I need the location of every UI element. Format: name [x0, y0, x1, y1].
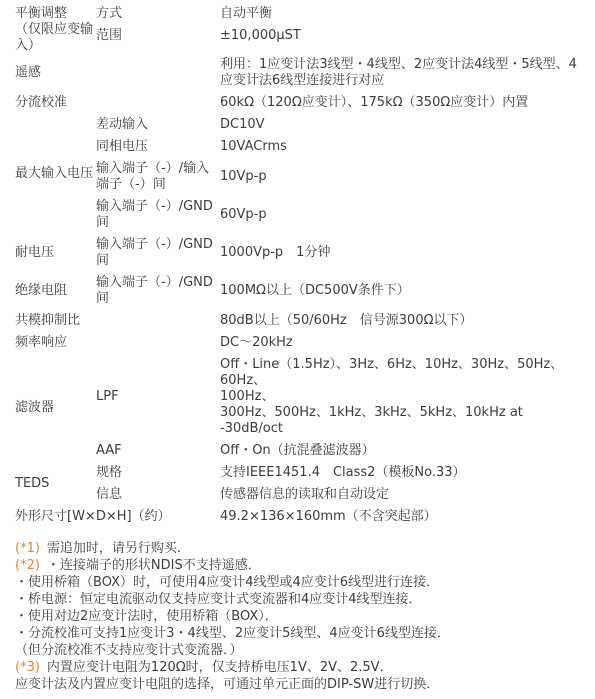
spec-subrow: LPF Off・Line（1.5Hz）、3Hz、6Hz、10Hz、30Hz、50…: [96, 354, 587, 440]
sub-label: 信息: [96, 487, 220, 503]
sub-label: 同相电压: [96, 139, 220, 155]
spec-subrow: 同相电压 10VACrms: [96, 136, 587, 158]
footnote-text: ・连接端子的形状NDIS不支持遥感．: [47, 558, 261, 573]
subrows: 80dB以上（50/60Hz 信号源300Ω以下）: [96, 310, 587, 332]
footnote-text: ・使用对边2应变计法时，使用桥箱（BOX）．: [15, 609, 278, 624]
row-value: 自动平衡: [220, 6, 587, 22]
spec-row-shunt-calibration: 分流校准 60kΩ（120Ω应变计）、175kΩ（350Ω应变计）内置: [15, 92, 587, 114]
row-value: 60kΩ（120Ω应变计）、175kΩ（350Ω应变计）内置: [220, 95, 587, 111]
row-label: 平衡调整 （仅限应变输入）: [15, 3, 96, 54]
spec-row-insulation-resistance: 绝缘电阻 输入端子（-）/GND间 100MΩ以上（DC500V条件下）: [15, 272, 587, 310]
sub-label: 范围: [96, 28, 220, 44]
subrows: DC～20kHz: [96, 332, 587, 354]
row-label: TEDS: [15, 476, 96, 492]
row-value: Off・On（抗混叠滤波器）: [220, 443, 587, 459]
row-label: 分流校准: [15, 95, 96, 111]
footnote-line: 应变计法及内置应变计电阻的选择，可通过单元正面的DIP-SW进行切换．: [15, 676, 587, 693]
footnote-marker: (*1): [15, 541, 40, 556]
sub-label: AAF: [96, 443, 220, 459]
sub-label: 输入端子（-）/GND间: [96, 275, 220, 307]
subrows: 60kΩ（120Ω应变计）、175kΩ（350Ω应变计）内置: [96, 92, 587, 114]
subrows: 利用：1应变计法3线型・4线型、2应变计法4线型・5线型、4应变计法6线型连接进…: [96, 54, 587, 92]
row-label: 滤波器: [15, 400, 96, 416]
footnote-text: 应变计法及内置应变计电阻的选择，可通过单元正面的DIP-SW进行切换．: [15, 677, 439, 692]
subrows: 输入端子（-）/GND间 100MΩ以上（DC500V条件下）: [96, 272, 587, 310]
row-value: 10VACrms: [220, 139, 587, 155]
footnote-text: 需追加时，请另行购买．: [47, 541, 190, 556]
subrows: LPF Off・Line（1.5Hz）、3Hz、6Hz、10Hz、30Hz、50…: [96, 354, 587, 462]
row-label: 外形尺寸[W×D×H]（约）: [15, 509, 220, 525]
spec-subrow: 输入端子（-）/GND间 1000Vp-p 1分钟: [96, 234, 587, 272]
sub-label: 输入端子（-）/GND间: [96, 199, 220, 231]
footnote-line: ・分流校准可支持1应变计3・4线型、2应变计5线型、4应变计6线型连接．: [15, 625, 587, 642]
footnote-text: ・桥电源：恒定电流驱动仅支持应变计式变流器和4应变计4线型连接．: [15, 592, 422, 607]
spec-subrow: 输入端子（-）/GND间 100MΩ以上（DC500V条件下）: [96, 272, 587, 310]
row-value: DC～20kHz: [220, 335, 587, 351]
spec-row-filter: 滤波器 LPF Off・Line（1.5Hz）、3Hz、6Hz、10Hz、30H…: [15, 354, 587, 462]
footnote-line: ・使用桥箱（BOX）时，可使用4应变计4线型或4应变计6线型进行连接．: [15, 574, 587, 591]
row-label: 耐电压: [15, 245, 96, 261]
sub-label: 输入端子（-）/输入端子（-）间: [96, 161, 220, 193]
spec-subrow: 规格 支持IEEE1451.4 Class2（模板No.33）: [96, 462, 587, 484]
footnote-text: ・分流校准可支持1应变计3・4线型、2应变计5线型、4应变计6线型连接．: [15, 626, 450, 641]
spec-subrow: 信息 传感器信息的读取和自动设定: [96, 484, 587, 506]
row-value: 49.2×136×160mm（不含突起部）: [220, 509, 587, 525]
subrows: 输入端子（-）/GND间 1000Vp-p 1分钟: [96, 234, 587, 272]
sub-label: 差动输入: [96, 117, 220, 133]
sub-label: 输入端子（-）/GND间: [96, 237, 220, 269]
spec-row-teds: TEDS 规格 支持IEEE1451.4 Class2（模板No.33） 信息 …: [15, 462, 587, 506]
row-value: 支持IEEE1451.4 Class2（模板No.33）: [220, 465, 587, 481]
row-label: 频率响应: [15, 335, 96, 351]
footnote-line: ・使用对边2应变计法时，使用桥箱（BOX）．: [15, 608, 587, 625]
spec-subrow: 利用：1应变计法3线型・4线型、2应变计法4线型・5线型、4应变计法6线型连接进…: [96, 54, 587, 92]
spec-row-frequency-response: 频率响应 DC～20kHz: [15, 332, 587, 354]
footnote-line: (*3)内置应变计电阻为120Ω时，仅支持桥电压1V、2V、2.5V．: [15, 659, 587, 676]
row-label: 遥感: [15, 65, 96, 81]
row-value: 1000Vp-p 1分钟: [220, 245, 587, 261]
spec-subrow: 80dB以上（50/60Hz 信号源300Ω以下）: [96, 310, 587, 332]
footnote-text: ・使用桥箱（BOX）时，可使用4应变计4线型或4应变计6线型进行连接．: [15, 575, 439, 590]
spec-subrow: DC～20kHz: [96, 332, 587, 354]
row-value: Off・Line（1.5Hz）、3Hz、6Hz、10Hz、30Hz、50Hz、6…: [220, 357, 587, 437]
sub-label: 规格: [96, 465, 220, 481]
row-label: 最大输入电压: [15, 166, 96, 182]
footnote-line: （但分流校准不支持应变计式变流器．）: [15, 642, 587, 659]
spec-subrow: 输入端子（-）/GND间 60Vp-p: [96, 196, 587, 234]
spec-row-balance-adjustment: 平衡调整 （仅限应变输入） 方式 自动平衡 范围 ±10,000μST: [15, 3, 587, 54]
footnote-text: 内置应变计电阻为120Ω时，仅支持桥电压1V、2V、2.5V．: [47, 660, 393, 675]
spec-subrow: 差动输入 DC10V: [96, 114, 587, 136]
spec-subrow: 49.2×136×160mm（不含突起部）: [220, 506, 587, 528]
spec-subrow: 60kΩ（120Ω应变计）、175kΩ（350Ω应变计）内置: [96, 92, 587, 114]
spec-row-remote-sensing: 遥感 利用：1应变计法3线型・4线型、2应变计法4线型・5线型、4应变计法6线型…: [15, 54, 587, 92]
spec-row-dimensions: 外形尺寸[W×D×H]（约） 49.2×136×160mm（不含突起部）: [15, 506, 587, 528]
spec-subrow: 输入端子（-）/输入端子（-）间 10Vp-p: [96, 158, 587, 196]
row-value: DC10V: [220, 117, 587, 133]
sub-label: 方式: [96, 6, 220, 22]
spec-subrow: 方式 自动平衡: [96, 3, 587, 25]
footnotes: (*1)需追加时，请另行购买． (*2)・连接端子的形状NDIS不支持遥感． ・…: [15, 540, 587, 693]
footnote-line: (*2)・连接端子的形状NDIS不支持遥感．: [15, 557, 587, 574]
footnote-text: （但分流校准不支持应变计式变流器．）: [15, 643, 243, 658]
spec-subrow: 范围 ±10,000μST: [96, 25, 587, 47]
footnote-line: (*1)需追加时，请另行购买．: [15, 540, 587, 557]
subrows: 差动输入 DC10V 同相电压 10VACrms 输入端子（-）/输入端子（-）…: [96, 114, 587, 234]
row-value: 传感器信息的读取和自动设定: [220, 487, 587, 503]
spec-table: 平衡调整 （仅限应变输入） 方式 自动平衡 范围 ±10,000μST 遥感 利…: [15, 3, 587, 528]
subrows: 规格 支持IEEE1451.4 Class2（模板No.33） 信息 传感器信息…: [96, 462, 587, 506]
row-value: 100MΩ以上（DC500V条件下）: [220, 283, 587, 299]
subrows: 49.2×136×160mm（不含突起部）: [220, 506, 587, 528]
spec-row-cmrr: 共模抑制比 80dB以上（50/60Hz 信号源300Ω以下）: [15, 310, 587, 332]
footnote-marker: (*2): [15, 558, 40, 573]
footnote-marker: (*3): [15, 660, 40, 675]
row-value: 10Vp-p: [220, 169, 587, 185]
footnote-line: ・桥电源：恒定电流驱动仅支持应变计式变流器和4应变计4线型连接．: [15, 591, 587, 608]
row-value: ±10,000μST: [220, 28, 587, 44]
row-value: 利用：1应变计法3线型・4线型、2应变计法4线型・5线型、4应变计法6线型连接进…: [220, 57, 587, 89]
sub-label: LPF: [96, 389, 220, 405]
row-label: 共模抑制比: [15, 313, 96, 329]
row-value: 80dB以上（50/60Hz 信号源300Ω以下）: [220, 313, 587, 329]
subrows: 方式 自动平衡 范围 ±10,000μST: [96, 3, 587, 47]
spec-row-withstand-voltage: 耐电压 输入端子（-）/GND间 1000Vp-p 1分钟: [15, 234, 587, 272]
row-label: 绝缘电阻: [15, 283, 96, 299]
row-value: 60Vp-p: [220, 207, 587, 223]
spec-row-max-input-voltage: 最大输入电压 差动输入 DC10V 同相电压 10VACrms 输入端子（-）/…: [15, 114, 587, 234]
spec-sheet: 平衡调整 （仅限应变输入） 方式 自动平衡 范围 ±10,000μST 遥感 利…: [0, 0, 595, 699]
spec-subrow: AAF Off・On（抗混叠滤波器）: [96, 440, 587, 462]
